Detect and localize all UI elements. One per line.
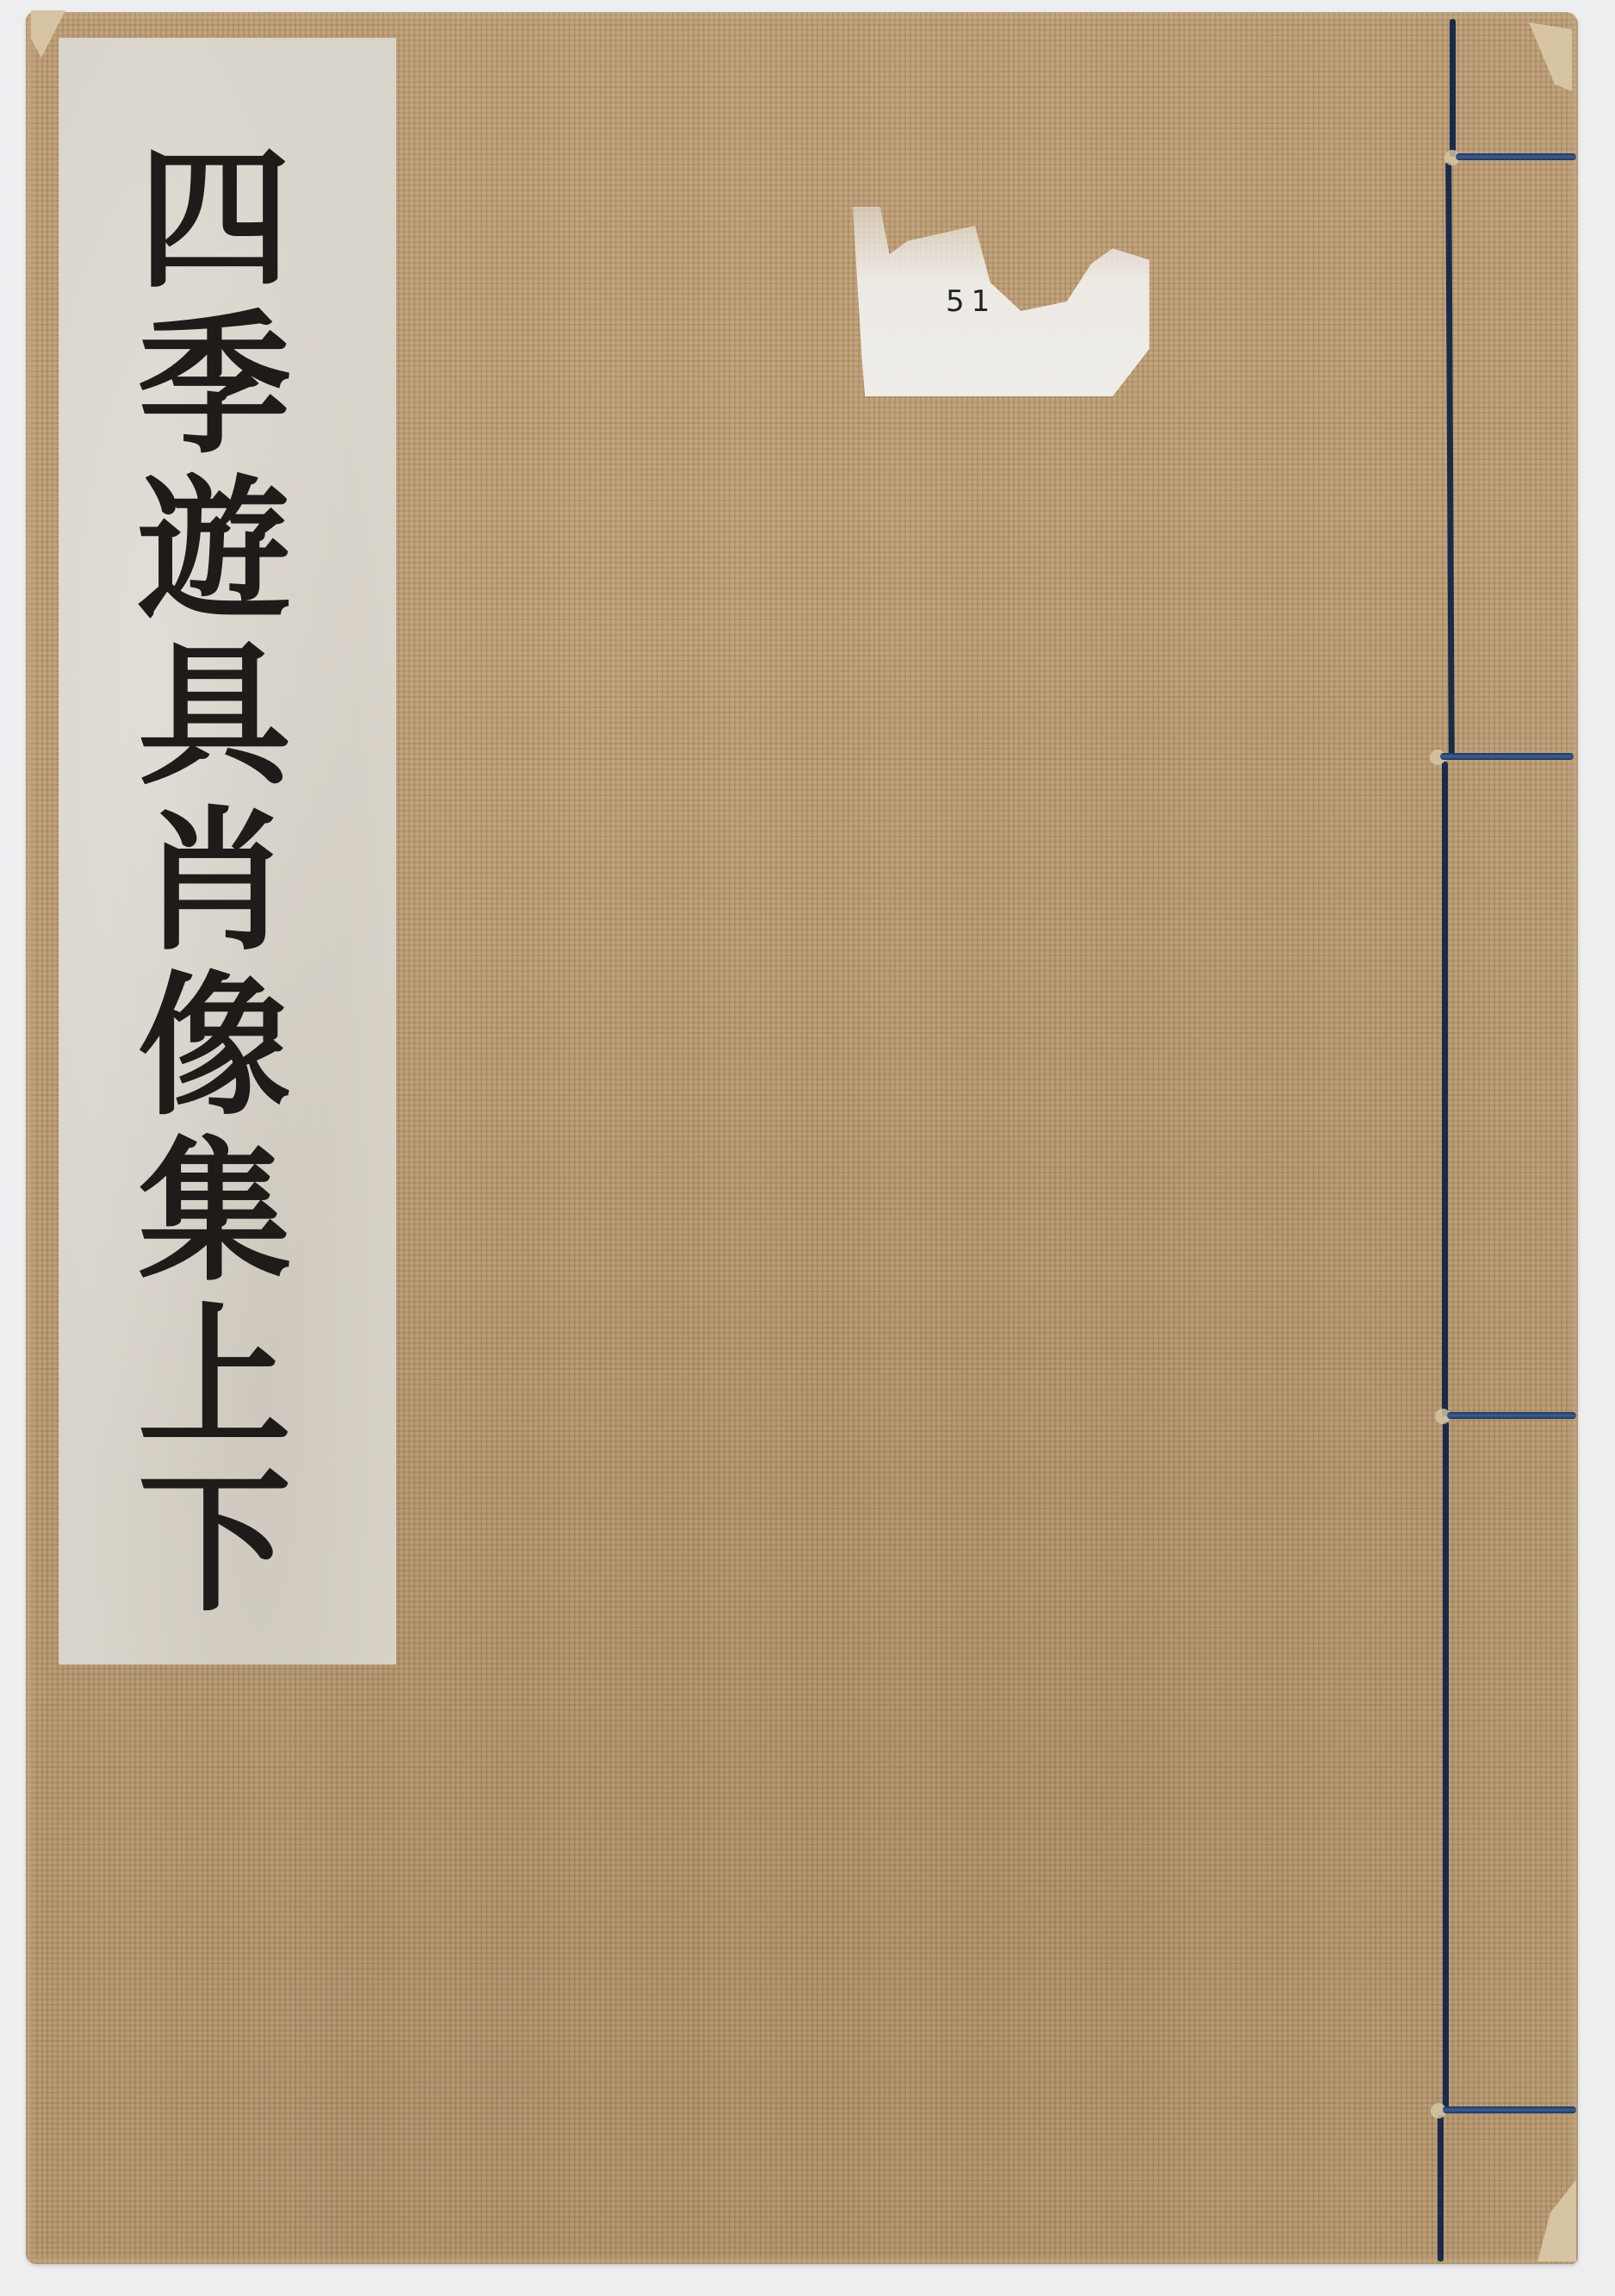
binding-thread-vertical: [1443, 1422, 1449, 2111]
binding-thread-vertical: [1442, 762, 1448, 1416]
binding-thread-vertical: [1438, 2115, 1444, 2262]
binding-stitch: [1456, 153, 1576, 160]
volume-marker: 上下: [112, 1296, 292, 1627]
title-slip: 四季遊具肖像集上下: [59, 38, 396, 1664]
binding-stitch: [1443, 2106, 1576, 2113]
title-text: 四季遊具肖像集: [112, 138, 292, 1296]
binding-stitch: [1447, 1412, 1576, 1419]
title-calligraphy: 四季遊具肖像集上下: [33, 115, 370, 1649]
catalog-number: 51: [946, 284, 997, 319]
binding-thread-vertical: [1450, 19, 1456, 157]
binding-stitch: [1440, 753, 1574, 760]
